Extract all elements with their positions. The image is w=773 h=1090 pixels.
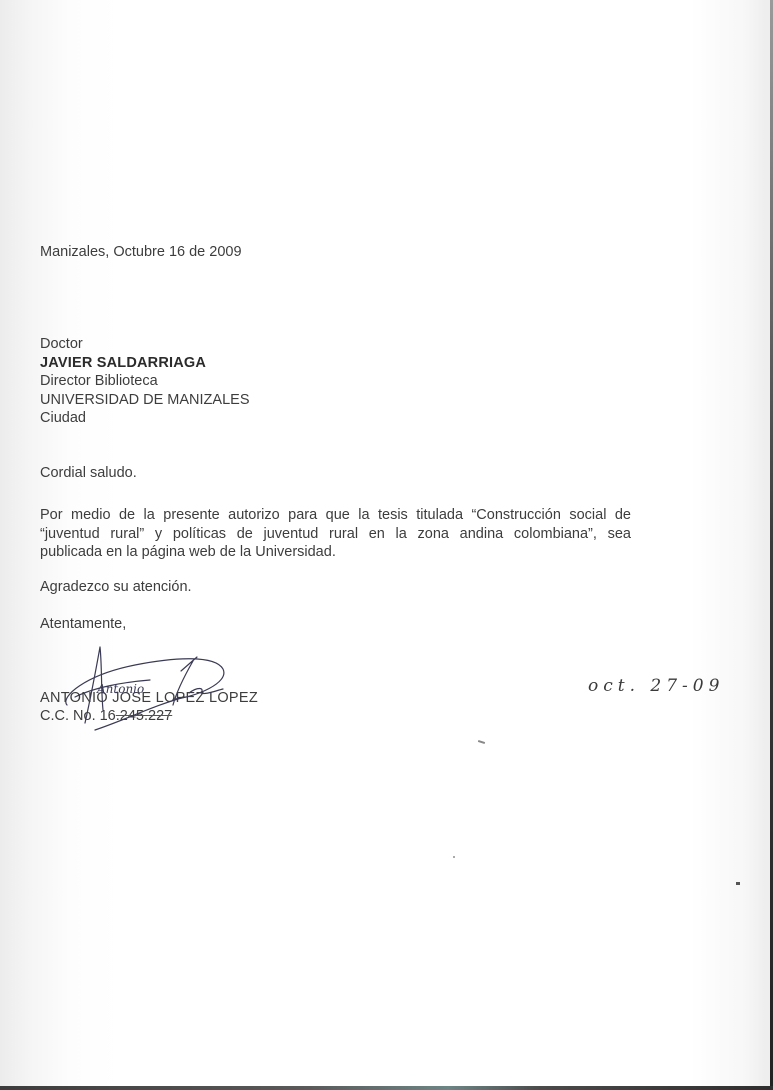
recipient-city: Ciudad bbox=[40, 409, 86, 427]
scan-speck bbox=[478, 740, 485, 744]
greeting: Cordial saludo. bbox=[40, 464, 137, 482]
place-date: Manizales, Octubre 16 de 2009 bbox=[40, 243, 242, 261]
handwritten-signature: Antonio bbox=[55, 635, 245, 730]
recipient-position: Director Biblioteca bbox=[40, 372, 158, 390]
recipient-name: JAVIER SALDARRIAGA bbox=[40, 354, 206, 372]
handwritten-date: oct. 27-09 bbox=[585, 665, 765, 705]
closing: Atentamente, bbox=[40, 615, 126, 633]
scanned-letter-page: Manizales, Octubre 16 de 2009 Doctor JAV… bbox=[0, 0, 773, 1090]
body-line: Por medio de la presente autorizo para q… bbox=[40, 506, 631, 525]
body-paragraph: Por medio de la presente autorizo para q… bbox=[40, 506, 631, 562]
thanks: Agradezco su atención. bbox=[40, 578, 192, 596]
svg-text:oct. 27-09: oct. 27-09 bbox=[588, 676, 724, 696]
recipient-institution: UNIVERSIDAD DE MANIZALES bbox=[40, 391, 250, 409]
body-line: “juventud rural” y políticas de juventud… bbox=[40, 525, 631, 544]
body-line: publicada en la página web de la Univers… bbox=[40, 543, 631, 562]
recipient-title: Doctor bbox=[40, 335, 83, 353]
scan-speck bbox=[736, 882, 740, 885]
scan-speck bbox=[453, 856, 455, 858]
scan-edge-bottom bbox=[0, 1086, 773, 1090]
signature-script: Antonio bbox=[96, 682, 144, 696]
